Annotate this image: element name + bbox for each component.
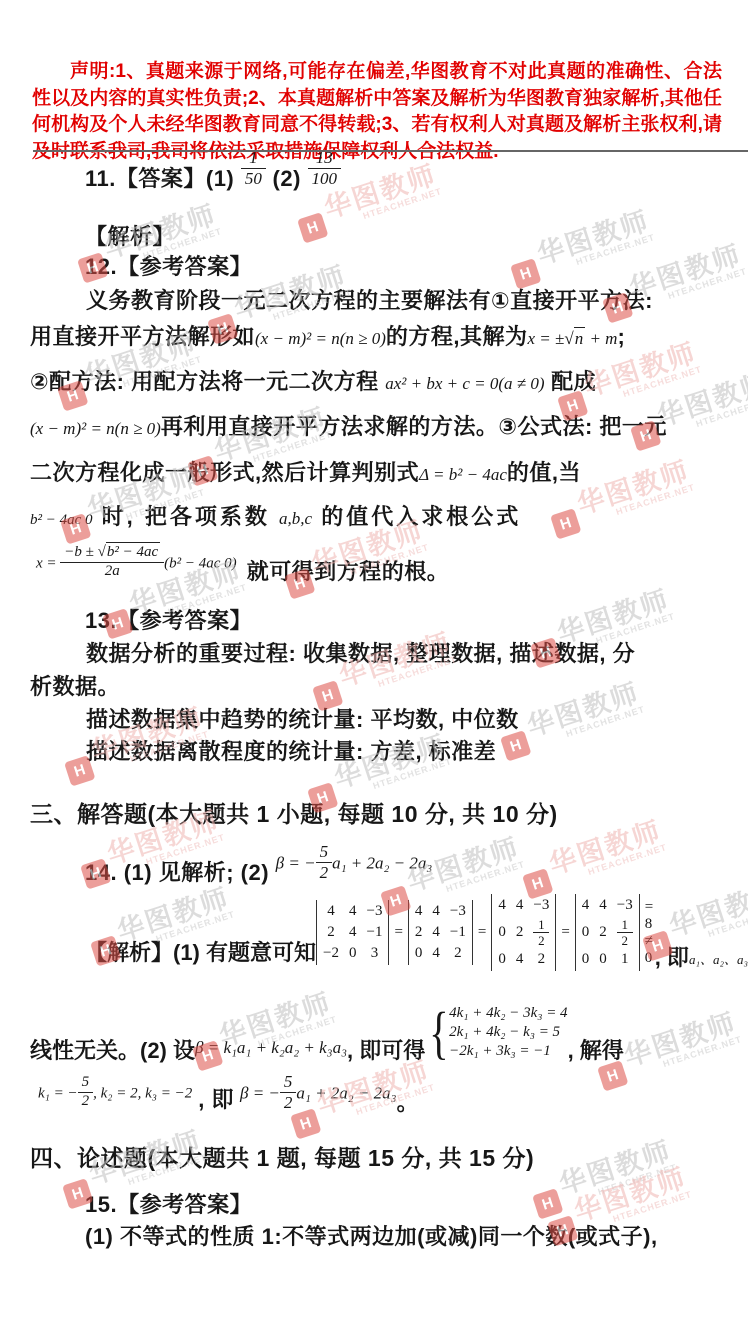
q12-line6-text-a: 时, 把各项系数 <box>102 504 270 529</box>
q14-after-det-text: , 即 <box>655 941 689 972</box>
answer-key-page: 声明:1、真题来源于网络,可能存在偏差,华图教育不对此真题的准确性、合法性以及内… <box>0 0 748 1335</box>
system-eq-1: 4k₁ + 4k₂ − 3k₃ = 4 <box>449 1004 567 1023</box>
q12-line7-text: 就可得到方程的根。 <box>247 555 450 586</box>
q12-formula-discriminant: Δ = b² − 4ac <box>419 465 507 484</box>
system-eq-2: 2k₁ + 4k₂ − k₃ = 5 <box>449 1023 567 1042</box>
equals-sign: = <box>561 924 569 941</box>
q12-formula-general: ax² + bx + c = 0(a ≠ 0) <box>385 374 544 393</box>
q14-part2-text-b: , 即可得 <box>347 1034 425 1065</box>
disclaimer-label: 声明: <box>70 61 115 82</box>
q12-line2-text-c: ; <box>617 324 625 349</box>
q12-line6: b² − 4ac 0 时, 把各项系数 a,b,c 的值代入求根公式 <box>30 500 521 531</box>
q12-line7: x = −b ± √b² − 4ac2a(b² − 4ac 0) 就可得到方程的… <box>36 543 449 586</box>
q12-line3-text-b: 配成 <box>551 369 596 394</box>
q12-line5-text-a: 二次方程化成一般形式,然后计算判别式 <box>30 460 419 485</box>
q11-answer-line: 11.【答案】(1) 150 (2) 13100 <box>85 162 341 201</box>
q13-head: 13.【参考答案】 <box>85 604 252 635</box>
q14-determinant-chain: 44−3 24−1 −203 = 44−3 24−1 042 = 44−3 02… <box>316 894 655 971</box>
q15-head: 15.【参考答案】 <box>85 1188 252 1219</box>
q12-line1: 义务教育阶段一元二次方程的主要解法有①直接开平方法: <box>86 284 653 315</box>
q12-formula-square-form-2: (x − m)² = n(n ≥ 0) <box>30 419 161 438</box>
section3-heading: 三、解答题(本大题共 1 小题, 每题 10 分, 共 10 分) <box>30 796 558 829</box>
equals-sign: = <box>478 924 486 941</box>
q12-line5-text-b: 的值,当 <box>507 460 581 485</box>
q14-beta-result: β = −52a₁ + 2a₂ − 2a₃ <box>240 1075 397 1114</box>
q15-line1: (1) 不等式的性质 1:不等式两边加(或减)同一个数(或式子), <box>85 1220 658 1251</box>
q14-k-values: k₁ = −52, k₂ = 2, k₃ = −2 <box>38 1077 192 1112</box>
q14-head-text: 14. (1) 见解析; (2) <box>85 860 269 885</box>
q12-line3-text-a: ②配方法: 用配方法将一元二次方程 <box>30 369 379 394</box>
q14-vectors: a₁、a₂、a₃ <box>689 949 748 968</box>
q14-solution-text: , 即 <box>198 1083 234 1114</box>
q11-part2-label: (2) <box>273 166 301 191</box>
q12-root-formula: x = −b ± √b² − 4ac2a(b² − 4ac 0) <box>36 547 237 582</box>
disclaimer-text: 1、真题来源于网络,可能存在偏差,华图教育不对此真题的准确性、合法性以及内容的真… <box>32 61 722 162</box>
q14-part2-text-c: , 解得 <box>568 1034 624 1065</box>
q11-analysis-tag: 【解析】 <box>85 220 175 251</box>
left-brace: { <box>429 1004 448 1062</box>
q14-part2-text-a: 线性无关。(2) 设 <box>30 1034 195 1065</box>
q14-solution-line: k₁ = −52, k₂ = 2, k₃ = −2 , 即 β = −52a₁ … <box>38 1072 419 1117</box>
determinant-result: = 8 ≠ 0 <box>645 899 655 967</box>
q12-line2: 用直接开平方法解形如(x − m)² = n(n ≥ 0)的方程,其解为x = … <box>30 320 625 351</box>
q12-line5: 二次方程化成一般形式,然后计算判别式Δ = b² − 4ac的值,当 <box>30 456 581 487</box>
q11-head: 11.【答案】(1) <box>85 166 234 191</box>
q14-equation-system: { 4k₁ + 4k₂ − 3k₃ = 4 2k₁ + 4k₂ − k₃ = 5… <box>425 1004 567 1062</box>
section4-heading: 四、论述题(本大题共 1 题, 每题 15 分, 共 15 分) <box>30 1140 534 1173</box>
system-eq-3: −2k₁ + 3k₃ = −1 <box>449 1042 567 1061</box>
q12-line3: ②配方法: 用配方法将一元二次方程 ax² + bx + c = 0(a ≠ 0… <box>30 365 596 396</box>
q12-line2-text-a: 用直接开平方法解形如 <box>30 324 255 349</box>
equals-sign: = <box>394 924 402 941</box>
q14-beta-combination: β = k₁a₁ + k₂a₂ + k₃a₃ <box>195 1038 347 1058</box>
q13-line4: 描述数据离散程度的统计量: 方差, 标准差 <box>86 735 496 766</box>
q14-beta-formula: β = −52a₁ + 2a₂ − 2a₃ <box>276 845 433 884</box>
q12-formula-condition: b² − 4ac 0 <box>30 512 93 528</box>
q13-line1: 数据分析的重要过程: 收集数据, 整理数据, 描述数据, 分 <box>86 637 635 668</box>
q12-head: 12.【参考答案】 <box>85 250 252 281</box>
q14-analysis-text: 【解析】(1) 有题意可知 <box>85 936 316 967</box>
q14-part2-line: 线性无关。(2) 设 β = k₁a₁ + k₂a₂ + k₃a₃ , 即可得 … <box>30 1000 624 1065</box>
content-layer: 声明:1、真题来源于网络,可能存在偏差,华图教育不对此真题的准确性、合法性以及内… <box>0 0 748 1335</box>
q12-line4-text: 再利用直接开平方法求解的方法。③公式法: 把一元 <box>161 414 667 439</box>
q11-fraction-2: 13100 <box>308 151 342 190</box>
q12-line4: (x − m)² = n(n ≥ 0)再利用直接开平方法求解的方法。③公式法: … <box>30 410 667 441</box>
q12-formula-square-form: (x − m)² = n(n ≥ 0) <box>255 329 386 348</box>
q11-fraction-1: 150 <box>241 151 266 190</box>
q12-formula-coefficients: a,b,c <box>279 509 312 528</box>
q14-analysis-line: 【解析】(1) 有题意可知 44−3 24−1 −203 = 44−3 24−1… <box>85 893 748 972</box>
q12-line6-text-b: 的值代入求根公式 <box>321 504 521 529</box>
q12-line2-text-b: 的方程,其解为 <box>386 324 528 349</box>
q13-line2: 析数据。 <box>30 670 120 701</box>
determinant-1: 44−3 24−1 −203 <box>316 900 389 965</box>
q13-line3: 描述数据集中趋势的统计量: 平均数, 中位数 <box>86 703 519 734</box>
determinant-2: 44−3 24−1 042 <box>408 900 473 965</box>
determinant-3: 44−3 0212 042 <box>491 894 556 971</box>
horizontal-divider <box>33 150 748 152</box>
determinant-4: 44−3 0212 001 <box>575 894 640 971</box>
q14-period: 。 <box>397 1086 420 1117</box>
q12-formula-solution: x = ±√n + m <box>527 327 617 348</box>
q14-head-line: 14. (1) 见解析; (2) β = −52a₁ + 2a₂ − 2a₃ <box>85 856 432 895</box>
